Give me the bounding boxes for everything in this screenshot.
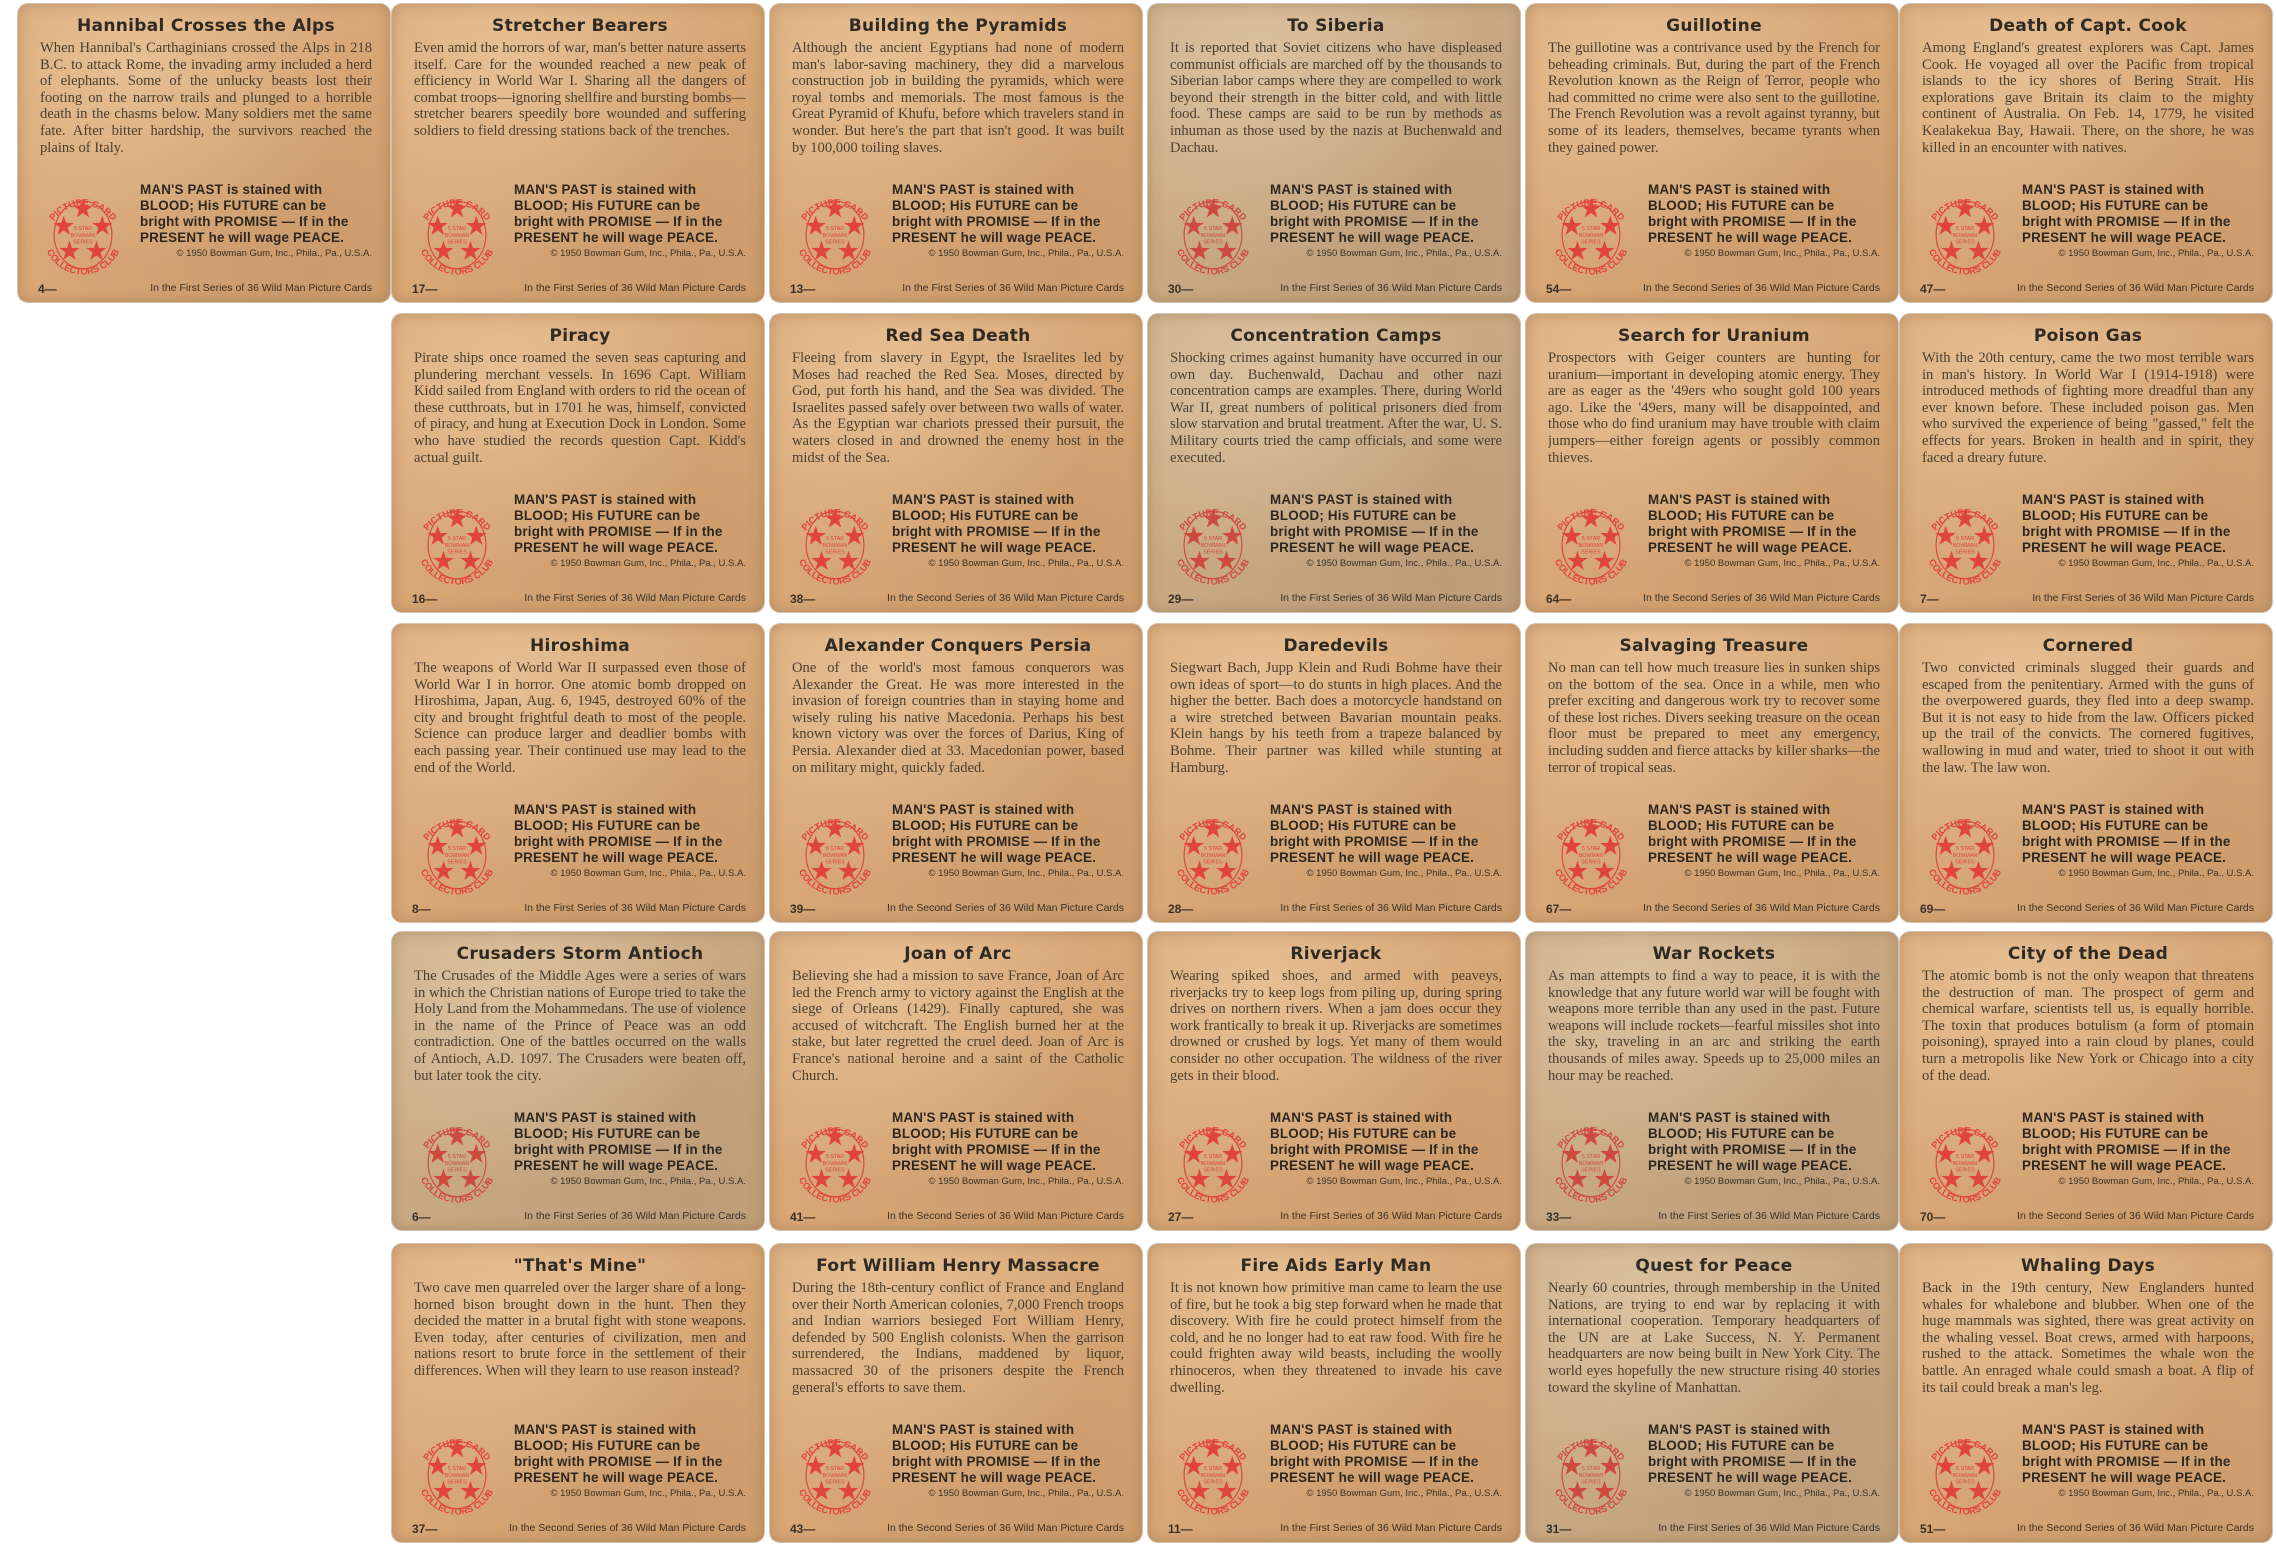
card-footer-block: PICTURE CARD COLLECTORS CLUB 5 STARBOWMA… xyxy=(1542,798,1882,916)
seal-bottom-text: COLLECTORS CLUB xyxy=(1927,867,2004,897)
card-title: Quest for Peace xyxy=(1548,1256,1880,1276)
card-title: Cornered xyxy=(1922,636,2254,656)
card-number: 33— xyxy=(1542,1210,1571,1224)
svg-text:SERIES: SERIES xyxy=(1955,860,1975,866)
seal-bottom-text: COLLECTORS CLUB xyxy=(1927,557,2004,587)
collectors-club-star-seal-icon: PICTURE CARD COLLECTORS CLUB 5 STARBOWMA… xyxy=(1916,180,2014,286)
series-footer: 13— In the First Series of 36 Wild Man P… xyxy=(786,282,1124,296)
card-number: 51— xyxy=(1916,1522,1945,1536)
card-number: 27— xyxy=(1164,1210,1193,1224)
card-description: Among England's greatest explorers was C… xyxy=(1922,40,2254,190)
series-footer: 4— In the First Series of 36 Wild Man Pi… xyxy=(34,282,372,296)
svg-text:COLLECTORS CLUB: COLLECTORS CLUB xyxy=(797,1487,874,1517)
svg-text:BOWMAN: BOWMAN xyxy=(1953,233,1978,239)
peace-motto: MAN'S PAST is stained withBLOOD; His FUT… xyxy=(1270,492,1502,556)
series-label: In the First Series of 36 Wild Man Pictu… xyxy=(524,1210,746,1224)
trading-card: Fort William Henry Massacre During the 1… xyxy=(770,1244,1142,1542)
card-description: One of the world's most famous conqueror… xyxy=(792,660,1124,810)
svg-text:BOWMAN: BOWMAN xyxy=(445,1161,470,1167)
card-footer-block: PICTURE CARD COLLECTORS CLUB 5 STARBOWMA… xyxy=(1542,1106,1882,1224)
seal-bottom-text: COLLECTORS CLUB xyxy=(1553,1487,1630,1517)
svg-text:BOWMAN: BOWMAN xyxy=(1579,233,1604,239)
series-footer: 33— In the First Series of 36 Wild Man P… xyxy=(1542,1210,1880,1224)
svg-text:SERIES: SERIES xyxy=(825,1168,845,1174)
svg-text:COLLECTORS CLUB: COLLECTORS CLUB xyxy=(797,557,874,587)
card-description: When Hannibal's Carthaginians crossed th… xyxy=(40,40,372,190)
svg-text:COLLECTORS CLUB: COLLECTORS CLUB xyxy=(797,867,874,897)
card-footer-block: PICTURE CARD COLLECTORS CLUB 5 STARBOWMA… xyxy=(786,798,1126,916)
peace-motto: MAN'S PAST is stained withBLOOD; His FUT… xyxy=(1648,1422,1880,1486)
card-title: Whaling Days xyxy=(1922,1256,2254,1276)
card-description: Shocking crimes against humanity have oc… xyxy=(1170,350,1502,500)
series-footer: 31— In the First Series of 36 Wild Man P… xyxy=(1542,1522,1880,1536)
card-number: 30— xyxy=(1164,282,1193,296)
card-title: "That's Mine" xyxy=(414,1256,746,1276)
peace-motto: MAN'S PAST is stained withBLOOD; His FUT… xyxy=(514,802,746,866)
collectors-club-star-seal-icon: PICTURE CARD COLLECTORS CLUB 5 STARBOWMA… xyxy=(1542,1420,1640,1526)
svg-text:5 STAR: 5 STAR xyxy=(448,1154,466,1160)
peace-motto: MAN'S PAST is stained withBLOOD; His FUT… xyxy=(2022,182,2254,246)
svg-text:COLLECTORS CLUB: COLLECTORS CLUB xyxy=(419,1175,496,1205)
card-number: 13— xyxy=(786,282,815,296)
svg-text:COLLECTORS CLUB: COLLECTORS CLUB xyxy=(797,1175,874,1205)
card-description: During the 18th-century conflict of Fran… xyxy=(792,1280,1124,1430)
card-footer-block: PICTURE CARD COLLECTORS CLUB 5 STARBOWMA… xyxy=(408,1418,748,1536)
seal-bottom-text: COLLECTORS CLUB xyxy=(419,247,496,277)
series-footer: 28— In the First Series of 36 Wild Man P… xyxy=(1164,902,1502,916)
seal-bottom-text: COLLECTORS CLUB xyxy=(797,247,874,277)
series-footer: 70— In the Second Series of 36 Wild Man … xyxy=(1916,1210,2254,1224)
card-number: 47— xyxy=(1916,282,1945,296)
card-title: Alexander Conquers Persia xyxy=(792,636,1124,656)
series-footer: 27— In the First Series of 36 Wild Man P… xyxy=(1164,1210,1502,1224)
svg-text:SERIES: SERIES xyxy=(447,860,467,866)
series-footer: 43— In the Second Series of 36 Wild Man … xyxy=(786,1522,1124,1536)
card-description: No man can tell how much treasure lies i… xyxy=(1548,660,1880,810)
seal-bottom-text: COLLECTORS CLUB xyxy=(797,557,874,587)
series-footer: 11— In the First Series of 36 Wild Man P… xyxy=(1164,1522,1502,1536)
series-label: In the Second Series of 36 Wild Man Pict… xyxy=(887,1210,1124,1224)
svg-text:COLLECTORS CLUB: COLLECTORS CLUB xyxy=(1553,247,1630,277)
card-description: As man attempts to find a way to peace, … xyxy=(1548,968,1880,1118)
svg-text:BOWMAN: BOWMAN xyxy=(1201,1161,1226,1167)
svg-text:5 STAR: 5 STAR xyxy=(1956,536,1974,542)
copyright-line: © 1950 Bowman Gum, Inc., Phila., Pa., U.… xyxy=(1270,1488,1502,1499)
copyright-line: © 1950 Bowman Gum, Inc., Phila., Pa., U.… xyxy=(514,1176,746,1187)
seal-bottom-text: COLLECTORS CLUB xyxy=(797,867,874,897)
card-description: Wearing spiked shoes, and armed with pea… xyxy=(1170,968,1502,1118)
series-footer: 29— In the First Series of 36 Wild Man P… xyxy=(1164,592,1502,606)
card-footer-block: PICTURE CARD COLLECTORS CLUB 5 STARBOWMA… xyxy=(408,488,748,606)
series-footer: 69— In the Second Series of 36 Wild Man … xyxy=(1916,902,2254,916)
trading-card: Concentration Camps Shocking crimes agai… xyxy=(1148,314,1520,612)
svg-text:COLLECTORS CLUB: COLLECTORS CLUB xyxy=(1175,1175,1252,1205)
series-label: In the Second Series of 36 Wild Man Pict… xyxy=(509,1522,746,1536)
copyright-line: © 1950 Bowman Gum, Inc., Phila., Pa., U.… xyxy=(1648,558,1880,569)
card-description: Fleeing from slavery in Egypt, the Israe… xyxy=(792,350,1124,500)
copyright-line: © 1950 Bowman Gum, Inc., Phila., Pa., U.… xyxy=(514,868,746,879)
card-title: Red Sea Death xyxy=(792,326,1124,346)
seal-bottom-text: COLLECTORS CLUB xyxy=(1553,1175,1630,1205)
svg-text:SERIES: SERIES xyxy=(73,240,93,246)
card-number: 7— xyxy=(1916,592,1939,606)
peace-motto: MAN'S PAST is stained withBLOOD; His FUT… xyxy=(1648,182,1880,246)
copyright-line: © 1950 Bowman Gum, Inc., Phila., Pa., U.… xyxy=(892,1488,1124,1499)
collectors-club-star-seal-icon: PICTURE CARD COLLECTORS CLUB 5 STARBOWMA… xyxy=(1916,1108,2014,1214)
svg-text:COLLECTORS CLUB: COLLECTORS CLUB xyxy=(1553,557,1630,587)
svg-text:BOWMAN: BOWMAN xyxy=(823,1161,848,1167)
card-footer-block: PICTURE CARD COLLECTORS CLUB 5 STARBOWMA… xyxy=(1542,1418,1882,1536)
card-number: 70— xyxy=(1916,1210,1945,1224)
card-number: 8— xyxy=(408,902,431,916)
seal-bottom-text: COLLECTORS CLUB xyxy=(419,1487,496,1517)
svg-text:5 STAR: 5 STAR xyxy=(826,1154,844,1160)
collectors-club-star-seal-icon: PICTURE CARD COLLECTORS CLUB 5 STARBOWMA… xyxy=(408,1420,506,1526)
card-number: 69— xyxy=(1916,902,1945,916)
svg-text:SERIES: SERIES xyxy=(825,550,845,556)
svg-text:SERIES: SERIES xyxy=(1955,240,1975,246)
seal-bottom-text: COLLECTORS CLUB xyxy=(1927,247,2004,277)
series-label: In the First Series of 36 Wild Man Pictu… xyxy=(1280,282,1502,296)
peace-motto: MAN'S PAST is stained withBLOOD; His FUT… xyxy=(1270,802,1502,866)
series-label: In the Second Series of 36 Wild Man Pict… xyxy=(2017,1210,2254,1224)
card-description: Even amid the horrors of war, man's bett… xyxy=(414,40,746,190)
peace-motto: MAN'S PAST is stained withBLOOD; His FUT… xyxy=(2022,1110,2254,1174)
card-title: Hiroshima xyxy=(414,636,746,656)
series-label: In the First Series of 36 Wild Man Pictu… xyxy=(1280,1210,1502,1224)
seal-bottom-text: COLLECTORS CLUB xyxy=(419,1175,496,1205)
card-title: Salvaging Treasure xyxy=(1548,636,1880,656)
trading-card: Death of Capt. Cook Among England's grea… xyxy=(1900,4,2272,302)
card-footer-block: PICTURE CARD COLLECTORS CLUB 5 STARBOWMA… xyxy=(786,178,1126,296)
copyright-line: © 1950 Bowman Gum, Inc., Phila., Pa., U.… xyxy=(2022,558,2254,569)
svg-text:BOWMAN: BOWMAN xyxy=(1579,543,1604,549)
svg-text:COLLECTORS CLUB: COLLECTORS CLUB xyxy=(45,247,122,277)
svg-text:BOWMAN: BOWMAN xyxy=(1579,1473,1604,1479)
copyright-line: © 1950 Bowman Gum, Inc., Phila., Pa., U.… xyxy=(514,1488,746,1499)
series-footer: 16— In the First Series of 36 Wild Man P… xyxy=(408,592,746,606)
svg-text:5 STAR: 5 STAR xyxy=(826,846,844,852)
peace-motto: MAN'S PAST is stained withBLOOD; His FUT… xyxy=(140,182,372,246)
card-footer-block: PICTURE CARD COLLECTORS CLUB 5 STARBOWMA… xyxy=(1916,1418,2256,1536)
card-title: Fire Aids Early Man xyxy=(1170,1256,1502,1276)
card-title: Joan of Arc xyxy=(792,944,1124,964)
peace-motto: MAN'S PAST is stained withBLOOD; His FUT… xyxy=(1270,182,1502,246)
svg-text:5 STAR: 5 STAR xyxy=(826,536,844,542)
trading-card: "That's Mine" Two cave men quarreled ove… xyxy=(392,1244,764,1542)
card-footer-block: PICTURE CARD COLLECTORS CLUB 5 STARBOWMA… xyxy=(1542,178,1882,296)
collectors-club-star-seal-icon: PICTURE CARD COLLECTORS CLUB 5 STARBOWMA… xyxy=(1542,800,1640,906)
card-footer-block: PICTURE CARD COLLECTORS CLUB 5 STARBOWMA… xyxy=(1916,798,2256,916)
card-description: Back in the 19th century, New Englanders… xyxy=(1922,1280,2254,1430)
trading-card: Quest for Peace Nearly 60 countries, thr… xyxy=(1526,1244,1898,1542)
svg-text:COLLECTORS CLUB: COLLECTORS CLUB xyxy=(1553,867,1630,897)
trading-card: Poison Gas With the 20th century, came t… xyxy=(1900,314,2272,612)
svg-text:BOWMAN: BOWMAN xyxy=(1953,1473,1978,1479)
card-number: 6— xyxy=(408,1210,431,1224)
svg-text:SERIES: SERIES xyxy=(1955,1168,1975,1174)
peace-motto: MAN'S PAST is stained withBLOOD; His FUT… xyxy=(892,802,1124,866)
card-footer-block: PICTURE CARD COLLECTORS CLUB 5 STARBOWMA… xyxy=(1916,1106,2256,1224)
card-title: Crusaders Storm Antioch xyxy=(414,944,746,964)
series-label: In the Second Series of 36 Wild Man Pict… xyxy=(2017,902,2254,916)
svg-text:5 STAR: 5 STAR xyxy=(448,226,466,232)
trading-card: Fire Aids Early Man It is not known how … xyxy=(1148,1244,1520,1542)
series-label: In the First Series of 36 Wild Man Pictu… xyxy=(1658,1210,1880,1224)
seal-bottom-text: COLLECTORS CLUB xyxy=(1175,1487,1252,1517)
copyright-line: © 1950 Bowman Gum, Inc., Phila., Pa., U.… xyxy=(2022,868,2254,879)
svg-text:BOWMAN: BOWMAN xyxy=(1201,233,1226,239)
trading-card: City of the Dead The atomic bomb is not … xyxy=(1900,932,2272,1230)
collectors-club-star-seal-icon: PICTURE CARD COLLECTORS CLUB 5 STARBOWMA… xyxy=(34,180,132,286)
card-footer-block: PICTURE CARD COLLECTORS CLUB 5 STARBOWMA… xyxy=(408,178,748,296)
card-description: The weapons of World War II surpassed ev… xyxy=(414,660,746,810)
svg-text:BOWMAN: BOWMAN xyxy=(823,543,848,549)
svg-text:COLLECTORS CLUB: COLLECTORS CLUB xyxy=(1927,1175,2004,1205)
trading-card: War Rockets As man attempts to find a wa… xyxy=(1526,932,1898,1230)
card-number: 29— xyxy=(1164,592,1193,606)
card-description: The atomic bomb is not the only weapon t… xyxy=(1922,968,2254,1118)
svg-text:SERIES: SERIES xyxy=(1203,240,1223,246)
seal-bottom-text: COLLECTORS CLUB xyxy=(45,247,122,277)
copyright-line: © 1950 Bowman Gum, Inc., Phila., Pa., U.… xyxy=(514,558,746,569)
svg-text:BOWMAN: BOWMAN xyxy=(823,853,848,859)
svg-text:BOWMAN: BOWMAN xyxy=(71,233,96,239)
series-label: In the First Series of 36 Wild Man Pictu… xyxy=(1280,902,1502,916)
svg-text:BOWMAN: BOWMAN xyxy=(1953,1161,1978,1167)
card-description: With the 20th century, came the two most… xyxy=(1922,350,2254,500)
svg-text:COLLECTORS CLUB: COLLECTORS CLUB xyxy=(797,247,874,277)
svg-text:5 STAR: 5 STAR xyxy=(1582,846,1600,852)
seal-bottom-text: COLLECTORS CLUB xyxy=(797,1487,874,1517)
svg-text:BOWMAN: BOWMAN xyxy=(445,1473,470,1479)
series-label: In the Second Series of 36 Wild Man Pict… xyxy=(1643,592,1880,606)
series-footer: 7— In the First Series of 36 Wild Man Pi… xyxy=(1916,592,2254,606)
series-label: In the First Series of 36 Wild Man Pictu… xyxy=(524,592,746,606)
copyright-line: © 1950 Bowman Gum, Inc., Phila., Pa., U.… xyxy=(2022,1176,2254,1187)
svg-text:SERIES: SERIES xyxy=(1203,550,1223,556)
svg-text:5 STAR: 5 STAR xyxy=(448,846,466,852)
svg-text:5 STAR: 5 STAR xyxy=(1956,846,1974,852)
card-title: Piracy xyxy=(414,326,746,346)
trading-card: Alexander Conquers Persia One of the wor… xyxy=(770,624,1142,922)
card-number: 16— xyxy=(408,592,437,606)
peace-motto: MAN'S PAST is stained withBLOOD; His FUT… xyxy=(514,492,746,556)
seal-bottom-text: COLLECTORS CLUB xyxy=(797,1175,874,1205)
peace-motto: MAN'S PAST is stained withBLOOD; His FUT… xyxy=(1648,1110,1880,1174)
seal-bottom-text: COLLECTORS CLUB xyxy=(1175,1175,1252,1205)
collectors-club-star-seal-icon: PICTURE CARD COLLECTORS CLUB 5 STARBOWMA… xyxy=(408,490,506,596)
svg-text:5 STAR: 5 STAR xyxy=(1204,846,1222,852)
svg-text:SERIES: SERIES xyxy=(825,240,845,246)
card-footer-block: PICTURE CARD COLLECTORS CLUB 5 STARBOWMA… xyxy=(1164,798,1504,916)
card-footer-block: PICTURE CARD COLLECTORS CLUB 5 STARBOWMA… xyxy=(786,1418,1126,1536)
svg-text:BOWMAN: BOWMAN xyxy=(823,1473,848,1479)
series-footer: 67— In the Second Series of 36 Wild Man … xyxy=(1542,902,1880,916)
collectors-club-star-seal-icon: PICTURE CARD COLLECTORS CLUB 5 STARBOWMA… xyxy=(1542,180,1640,286)
card-number: 64— xyxy=(1542,592,1571,606)
svg-text:5 STAR: 5 STAR xyxy=(1956,1154,1974,1160)
svg-text:5 STAR: 5 STAR xyxy=(1204,1154,1222,1160)
series-footer: 51— In the Second Series of 36 Wild Man … xyxy=(1916,1522,2254,1536)
svg-text:SERIES: SERIES xyxy=(1203,1168,1223,1174)
svg-text:COLLECTORS CLUB: COLLECTORS CLUB xyxy=(1553,1175,1630,1205)
svg-text:BOWMAN: BOWMAN xyxy=(823,233,848,239)
svg-text:COLLECTORS CLUB: COLLECTORS CLUB xyxy=(1927,1487,2004,1517)
series-label: In the Second Series of 36 Wild Man Pict… xyxy=(887,592,1124,606)
svg-text:COLLECTORS CLUB: COLLECTORS CLUB xyxy=(1175,247,1252,277)
peace-motto: MAN'S PAST is stained withBLOOD; His FUT… xyxy=(892,1422,1124,1486)
seal-bottom-text: COLLECTORS CLUB xyxy=(1927,1175,2004,1205)
collectors-club-star-seal-icon: PICTURE CARD COLLECTORS CLUB 5 STARBOWMA… xyxy=(1916,490,2014,596)
series-label: In the Second Series of 36 Wild Man Pict… xyxy=(1643,282,1880,296)
seal-bottom-text: COLLECTORS CLUB xyxy=(419,867,496,897)
series-label: In the First Series of 36 Wild Man Pictu… xyxy=(902,282,1124,296)
collectors-club-star-seal-icon: PICTURE CARD COLLECTORS CLUB 5 STARBOWMA… xyxy=(1164,1420,1262,1526)
copyright-line: © 1950 Bowman Gum, Inc., Phila., Pa., U.… xyxy=(892,1176,1124,1187)
trading-card: Crusaders Storm Antioch The Crusades of … xyxy=(392,932,764,1230)
card-title: To Siberia xyxy=(1170,16,1502,36)
peace-motto: MAN'S PAST is stained withBLOOD; His FUT… xyxy=(514,1110,746,1174)
svg-text:COLLECTORS CLUB: COLLECTORS CLUB xyxy=(1553,1487,1630,1517)
card-footer-block: PICTURE CARD COLLECTORS CLUB 5 STARBOWMA… xyxy=(408,1106,748,1224)
series-label: In the First Series of 36 Wild Man Pictu… xyxy=(1658,1522,1880,1536)
collectors-club-star-seal-icon: PICTURE CARD COLLECTORS CLUB 5 STARBOWMA… xyxy=(1164,490,1262,596)
card-description: Pirate ships once roamed the seven seas … xyxy=(414,350,746,500)
svg-text:COLLECTORS CLUB: COLLECTORS CLUB xyxy=(1927,557,2004,587)
series-label: In the First Series of 36 Wild Man Pictu… xyxy=(1280,592,1502,606)
series-label: In the First Series of 36 Wild Man Pictu… xyxy=(524,902,746,916)
card-description: Prospectors with Geiger counters are hun… xyxy=(1548,350,1880,500)
card-description: It is reported that Soviet citizens who … xyxy=(1170,40,1502,190)
trading-card: Daredevils Siegwart Bach, Jupp Klein and… xyxy=(1148,624,1520,922)
series-label: In the Second Series of 36 Wild Man Pict… xyxy=(887,902,1124,916)
card-title: City of the Dead xyxy=(1922,944,2254,964)
card-description: Two convicted criminals slugged their gu… xyxy=(1922,660,2254,810)
card-description: The Crusades of the Middle Ages were a s… xyxy=(414,968,746,1118)
seal-bottom-text: COLLECTORS CLUB xyxy=(419,557,496,587)
collectors-club-star-seal-icon: PICTURE CARD COLLECTORS CLUB 5 STARBOWMA… xyxy=(408,1108,506,1214)
svg-text:5 STAR: 5 STAR xyxy=(1204,226,1222,232)
svg-text:COLLECTORS CLUB: COLLECTORS CLUB xyxy=(1927,867,2004,897)
card-title: Riverjack xyxy=(1170,944,1502,964)
svg-text:SERIES: SERIES xyxy=(447,240,467,246)
copyright-line: © 1950 Bowman Gum, Inc., Phila., Pa., U.… xyxy=(1270,558,1502,569)
card-footer-block: PICTURE CARD COLLECTORS CLUB 5 STARBOWMA… xyxy=(408,798,748,916)
series-footer: 41— In the Second Series of 36 Wild Man … xyxy=(786,1210,1124,1224)
svg-text:BOWMAN: BOWMAN xyxy=(1579,1161,1604,1167)
series-footer: 17— In the First Series of 36 Wild Man P… xyxy=(408,282,746,296)
svg-text:5 STAR: 5 STAR xyxy=(1204,536,1222,542)
card-title: Hannibal Crosses the Alps xyxy=(40,16,372,36)
svg-text:SERIES: SERIES xyxy=(1203,860,1223,866)
svg-text:5 STAR: 5 STAR xyxy=(1582,1154,1600,1160)
svg-text:5 STAR: 5 STAR xyxy=(1956,1466,1974,1472)
card-footer-block: PICTURE CARD COLLECTORS CLUB 5 STARBOWMA… xyxy=(1164,488,1504,606)
copyright-line: © 1950 Bowman Gum, Inc., Phila., Pa., U.… xyxy=(892,868,1124,879)
card-number: 67— xyxy=(1542,902,1571,916)
svg-text:SERIES: SERIES xyxy=(1581,550,1601,556)
card-description: The guillotine was a contrivance used by… xyxy=(1548,40,1880,190)
peace-motto: MAN'S PAST is stained withBLOOD; His FUT… xyxy=(514,1422,746,1486)
trading-card: Whaling Days Back in the 19th century, N… xyxy=(1900,1244,2272,1542)
collectors-club-star-seal-icon: PICTURE CARD COLLECTORS CLUB 5 STARBOWMA… xyxy=(786,1108,884,1214)
svg-text:SERIES: SERIES xyxy=(1581,1168,1601,1174)
series-footer: 64— In the Second Series of 36 Wild Man … xyxy=(1542,592,1880,606)
card-title: Building the Pyramids xyxy=(792,16,1124,36)
peace-motto: MAN'S PAST is stained withBLOOD; His FUT… xyxy=(892,1110,1124,1174)
svg-text:BOWMAN: BOWMAN xyxy=(445,543,470,549)
peace-motto: MAN'S PAST is stained withBLOOD; His FUT… xyxy=(1270,1110,1502,1174)
card-description: Siegwart Bach, Jupp Klein and Rudi Bohme… xyxy=(1170,660,1502,810)
svg-text:SERIES: SERIES xyxy=(1581,1480,1601,1486)
svg-text:5 STAR: 5 STAR xyxy=(448,536,466,542)
collectors-club-star-seal-icon: PICTURE CARD COLLECTORS CLUB 5 STARBOWMA… xyxy=(1542,1108,1640,1214)
peace-motto: MAN'S PAST is stained withBLOOD; His FUT… xyxy=(1648,492,1880,556)
trading-card: To Siberia It is reported that Soviet ci… xyxy=(1148,4,1520,302)
card-description: It is not known how primitive man came t… xyxy=(1170,1280,1502,1430)
trading-card: Building the Pyramids Although the ancie… xyxy=(770,4,1142,302)
peace-motto: MAN'S PAST is stained withBLOOD; His FUT… xyxy=(892,182,1124,246)
card-number: 31— xyxy=(1542,1522,1571,1536)
svg-text:5 STAR: 5 STAR xyxy=(826,226,844,232)
svg-text:BOWMAN: BOWMAN xyxy=(1201,1473,1226,1479)
copyright-line: © 1950 Bowman Gum, Inc., Phila., Pa., U.… xyxy=(140,248,372,259)
svg-text:COLLECTORS CLUB: COLLECTORS CLUB xyxy=(1175,1487,1252,1517)
card-number: 4— xyxy=(34,282,57,296)
copyright-line: © 1950 Bowman Gum, Inc., Phila., Pa., U.… xyxy=(1648,1488,1880,1499)
card-title: Fort William Henry Massacre xyxy=(792,1256,1124,1276)
series-footer: 38— In the Second Series of 36 Wild Man … xyxy=(786,592,1124,606)
svg-text:COLLECTORS CLUB: COLLECTORS CLUB xyxy=(419,557,496,587)
trading-card: Hannibal Crosses the Alps When Hannibal'… xyxy=(18,4,390,302)
svg-text:5 STAR: 5 STAR xyxy=(1204,1466,1222,1472)
collectors-club-star-seal-icon: PICTURE CARD COLLECTORS CLUB 5 STARBOWMA… xyxy=(408,800,506,906)
svg-text:SERIES: SERIES xyxy=(1581,860,1601,866)
peace-motto: MAN'S PAST is stained withBLOOD; His FUT… xyxy=(892,492,1124,556)
card-number: 37— xyxy=(408,1522,437,1536)
card-number: 28— xyxy=(1164,902,1193,916)
peace-motto: MAN'S PAST is stained withBLOOD; His FUT… xyxy=(1648,802,1880,866)
card-footer-block: PICTURE CARD COLLECTORS CLUB 5 STARBOWMA… xyxy=(1542,488,1882,606)
collectors-club-star-seal-icon: PICTURE CARD COLLECTORS CLUB 5 STARBOWMA… xyxy=(786,1420,884,1526)
collectors-club-star-seal-icon: PICTURE CARD COLLECTORS CLUB 5 STARBOWMA… xyxy=(1164,800,1262,906)
card-description: Two cave men quarreled over the larger s… xyxy=(414,1280,746,1430)
svg-text:5 STAR: 5 STAR xyxy=(74,226,92,232)
trading-card: Riverjack Wearing spiked shoes, and arme… xyxy=(1148,932,1520,1230)
series-footer: 8— In the First Series of 36 Wild Man Pi… xyxy=(408,902,746,916)
copyright-line: © 1950 Bowman Gum, Inc., Phila., Pa., U.… xyxy=(1270,868,1502,879)
series-footer: 37— In the Second Series of 36 Wild Man … xyxy=(408,1522,746,1536)
series-label: In the First Series of 36 Wild Man Pictu… xyxy=(150,282,372,296)
card-footer-block: PICTURE CARD COLLECTORS CLUB 5 STARBOWMA… xyxy=(34,178,374,296)
card-title: Concentration Camps xyxy=(1170,326,1502,346)
copyright-line: © 1950 Bowman Gum, Inc., Phila., Pa., U.… xyxy=(1648,1176,1880,1187)
svg-text:BOWMAN: BOWMAN xyxy=(445,853,470,859)
card-title: Death of Capt. Cook xyxy=(1922,16,2254,36)
svg-text:5 STAR: 5 STAR xyxy=(826,1466,844,1472)
svg-text:SERIES: SERIES xyxy=(825,860,845,866)
trading-card: Stretcher Bearers Even amid the horrors … xyxy=(392,4,764,302)
svg-text:BOWMAN: BOWMAN xyxy=(1201,853,1226,859)
card-number: 54— xyxy=(1542,282,1571,296)
trading-card: Salvaging Treasure No man can tell how m… xyxy=(1526,624,1898,922)
copyright-line: © 1950 Bowman Gum, Inc., Phila., Pa., U.… xyxy=(1270,248,1502,259)
peace-motto: MAN'S PAST is stained withBLOOD; His FUT… xyxy=(514,182,746,246)
svg-text:SERIES: SERIES xyxy=(447,550,467,556)
collectors-club-star-seal-icon: PICTURE CARD COLLECTORS CLUB 5 STARBOWMA… xyxy=(786,800,884,906)
collectors-club-star-seal-icon: PICTURE CARD COLLECTORS CLUB 5 STARBOWMA… xyxy=(786,180,884,286)
